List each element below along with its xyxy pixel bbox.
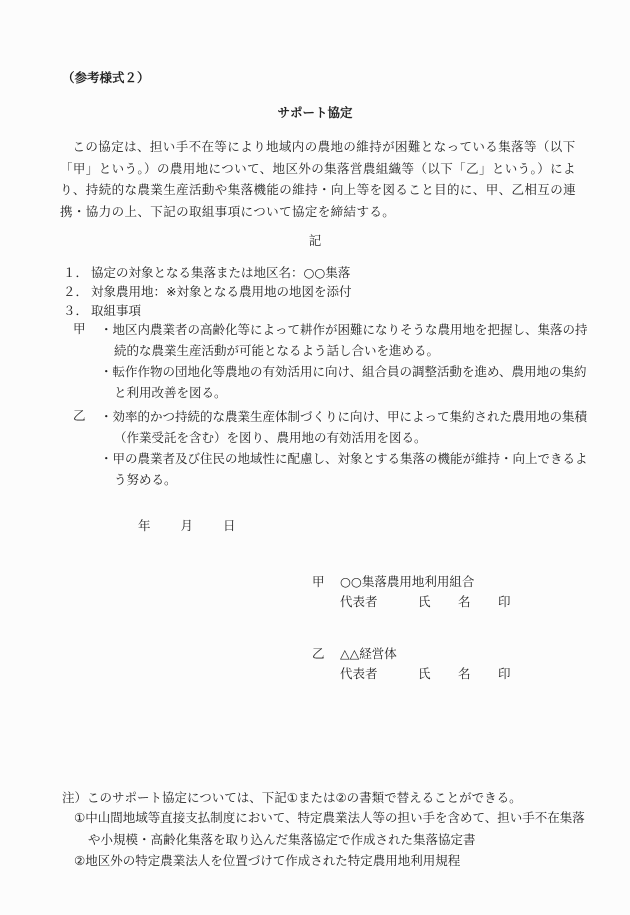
date-month: 月 [181,518,194,533]
party-kou-label: 甲 [73,319,86,339]
note-item-1: ①中山間地域等直接支払制度において、特定農業法人等の担い手を含めて、担い手不在集… [74,807,593,850]
party-otsu-label: 乙 [73,406,86,426]
item-1: １．協定の対象となる集落または地区名：○○集落 [63,263,350,283]
otsu-bullet-1: ・効率的かつ持続的な農業生産体制づくりに向け、甲によって集約された農用地の集積（… [100,406,594,448]
kou-bullet-1: ・地区内農業者の高齢化等によって耕作が困難になりそうな農用地を把握し、集落の持続… [100,319,594,361]
seal: 印 [498,592,511,612]
rep-label: 代表者 [340,592,418,612]
item-2: ２．対象農用地：※対象となる農用地の地図を添付 [63,282,351,302]
mei: 名 [458,592,498,612]
form-label: （参考様式２） [62,68,150,88]
signature-kou-org: ○○集落農用地利用組合 [340,572,474,592]
signature-kou-rep: 代表者氏名印 [340,592,511,612]
ki-heading: 記 [0,231,630,251]
signature-kou-party: 甲 [312,572,325,592]
item-number: ３． [63,301,91,321]
mei: 名 [458,664,498,684]
shi: 氏 [418,592,458,612]
kou-bullet-2: ・転作作物の団地化等農地の有効活用に向け、組合員の調整活動を進め、農用地の集約と… [100,361,594,403]
item-3: ３．取組事項 [63,301,141,321]
date-line: 年 月 日 [138,516,262,536]
rep-label: 代表者 [340,664,418,684]
item-number: １． [63,263,91,283]
date-day: 日 [223,518,236,533]
item-text: 協定の対象となる集落または地区名：○○集落 [91,265,350,280]
otsu-bullet-2: ・甲の農業者及び住民の地域性に配慮し、対象とする集落の機能が維持・向上できるよう… [100,448,594,490]
note-item-2: ②地区外の特定農業法人を位置づけて作成された特定農用地利用規程 [74,850,593,872]
date-year: 年 [138,518,151,533]
seal: 印 [498,664,511,684]
signature-otsu-rep: 代表者氏名印 [340,664,511,684]
document-title: サポート協定 [0,103,630,123]
note-heading: 注）このサポート協定については、下記①または②の書類で替えることができる。 [62,788,522,808]
signature-otsu-org: △△経営体 [340,644,397,664]
item-text: 対象農用地：※対象となる農用地の地図を添付 [91,284,351,299]
item-text: 取組事項 [91,303,141,318]
intro-paragraph: この協定は、担い手不在等により地域内の農地の維持が困難となっている集落等（以下「… [60,136,580,222]
item-number: ２． [63,282,91,302]
signature-otsu-party: 乙 [312,644,325,664]
shi: 氏 [418,664,458,684]
